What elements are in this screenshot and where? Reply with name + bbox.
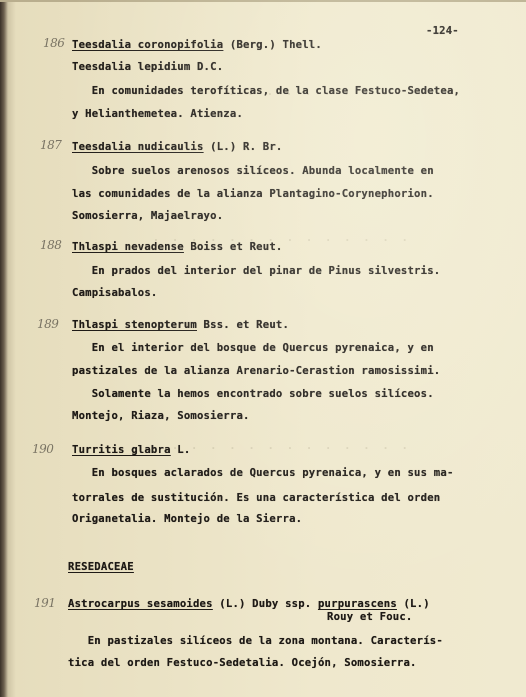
entry-line: y Helianthemetea. Atienza. (72, 108, 243, 120)
margin-number: 191 (34, 596, 55, 610)
entry-line: En pastizales silíceos de la zona montan… (68, 635, 443, 647)
species-name: Teesdalia coronopifolia (72, 39, 223, 51)
entry-heading: Thlaspi nevadense Boiss et Reut. (72, 241, 283, 253)
entry-heading: Teesdalia nudicaulis (L.) R. Br. (72, 141, 283, 153)
entry-heading: Thlaspi stenopterum Bss. et Reut. (72, 319, 289, 331)
species-authority: (Berg.) Thell. (223, 39, 322, 51)
margin-number: 186 (43, 36, 64, 50)
entry-line: las comunidades de la alianza Plantagino… (72, 188, 434, 200)
entry-line: torrales de sustitución. Es una caracter… (72, 492, 440, 504)
entry-line: En bosques aclarados de Quercus pyrenaic… (72, 467, 454, 479)
typewritten-page: . . . . . . . . . . . . . . . . . . . . … (0, 0, 526, 697)
species-name: Teesdalia nudicaulis (72, 141, 204, 153)
species-authority: Bss. et Reut. (197, 319, 289, 331)
species-name: Turritis glabra (72, 444, 171, 456)
margin-number: 188 (40, 238, 61, 252)
species-authority: L. (171, 444, 191, 456)
entry-line: tica del orden Festuco-Sedetalia. Ocejón… (68, 657, 417, 669)
entry-heading: Teesdalia coronopifolia (Berg.) Thell. (72, 39, 322, 51)
family-heading: RESEDACEAE (68, 561, 134, 573)
entry-line: En comunidades terofíticas, de la clase … (72, 85, 460, 97)
entry-line: Solamente la hemos encontrado sobre suel… (72, 388, 434, 400)
subspecies-name: purpurascens (318, 598, 397, 610)
entry-line: Origanetalia. Montejo de la Sierra. (72, 513, 302, 525)
entry-line: En prados del interior del pinar de Pinu… (72, 265, 440, 277)
margin-number: 189 (37, 317, 58, 331)
species-name: Thlaspi nevadense (72, 241, 184, 253)
species-authority: (L.) Duby ssp. (213, 598, 318, 610)
entry-line: En el interior del bosque de Quercus pyr… (72, 342, 434, 354)
entry-line: Somosierra, Majaelrayo. (72, 210, 223, 222)
entry-line: Montejo, Riaza, Somosierra. (72, 410, 250, 422)
authority-continuation: Rouy et Fouc. (327, 611, 413, 623)
entry-line: Teesdalia lepidium D.C. (72, 61, 223, 73)
entry-line: pastizales de la alianza Arenario-Cerast… (72, 365, 440, 377)
entry-heading: Turritis glabra L. (72, 444, 190, 456)
entry-line: Sobre suelos arenosos silíceos. Abunda l… (72, 165, 434, 177)
species-authority: (L.) R. Br. (204, 141, 283, 153)
entry-line: Campisabalos. (72, 287, 158, 299)
subspecies-authority: (L.) (397, 598, 430, 610)
page-number: -124- (426, 25, 459, 37)
entry-heading: Astrocarpus sesamoides (L.) Duby ssp. pu… (68, 598, 430, 610)
species-name: Thlaspi stenopterum (72, 319, 197, 331)
species-authority: Boiss et Reut. (184, 241, 283, 253)
margin-number: 190 (32, 442, 53, 456)
margin-number: 187 (40, 138, 61, 152)
species-name: Astrocarpus sesamoides (68, 598, 213, 610)
